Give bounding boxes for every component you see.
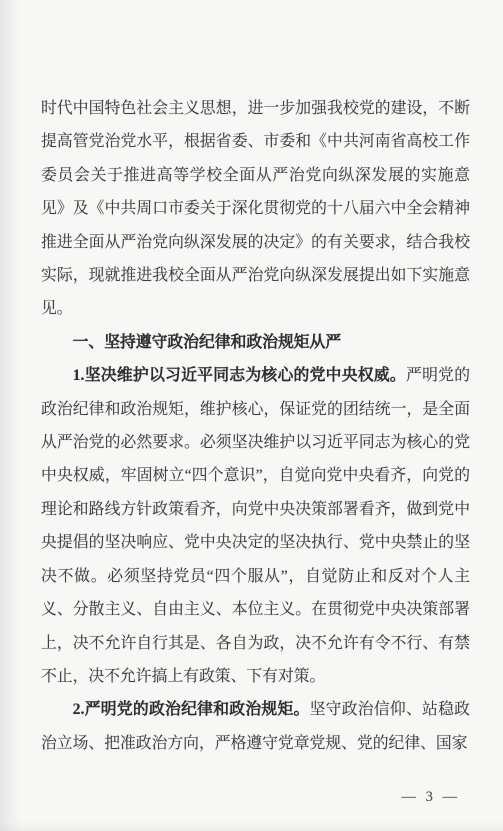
- numbered-paragraph-1: 1.坚决维护以习近平同志为核心的党中央权威。严明党的政治纪律和政治规矩，维护核心…: [41, 359, 470, 693]
- paragraph-1-lead-sentence: 1.坚决维护以习近平同志为核心的党中央权威。: [73, 367, 406, 384]
- scanned-document-page: 时代中国特色社会主义思想，进一步加强我校党的建设，不断提高管党治党水平，根据省委…: [0, 0, 503, 831]
- scan-edge-shadow-left: [0, 0, 20, 831]
- section-heading: 一、坚持遵守政治纪律和政治规矩从严: [41, 326, 470, 359]
- scan-edge-shadow-bottom: [0, 821, 503, 831]
- document-body: 时代中国特色社会主义思想，进一步加强我校党的建设，不断提高管党治党水平，根据省委…: [41, 92, 470, 760]
- paragraph-2-lead-sentence: 2.严明党的政治纪律和政治规矩。: [73, 701, 310, 718]
- intro-paragraph: 时代中国特色社会主义思想，进一步加强我校党的建设，不断提高管党治党水平，根据省委…: [41, 92, 470, 326]
- page-number: — 3 —: [402, 789, 461, 806]
- numbered-paragraph-2: 2.严明党的政治纪律和政治规矩。坚守政治信仰、站稳政治立场、把准政治方向，严格遵…: [41, 693, 470, 760]
- paragraph-1-text: 严明党的政治纪律和政治规矩，维护核心，保证党的团结统一，是全面从严治党的必然要求…: [41, 367, 470, 685]
